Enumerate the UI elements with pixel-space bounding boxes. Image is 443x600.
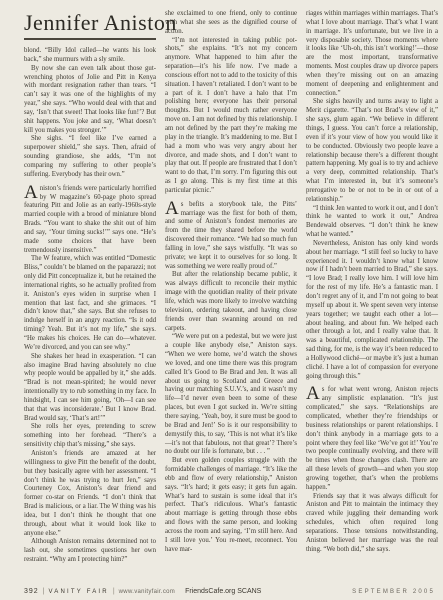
col1-paragraph-1: blond. “Billy Idol called—he wants his l… bbox=[24, 47, 156, 65]
magazine-name: VANITY FAIR bbox=[49, 589, 109, 595]
col1-paragraph-2: By now she can even talk about those gut… bbox=[24, 65, 156, 136]
col2-paragraph-3: As befits a storybook tale, the Pitts’ m… bbox=[165, 201, 297, 272]
col3-paragraph-3: “I think Jen wanted to work it out, and … bbox=[306, 205, 438, 240]
col3-paragraph-1: riages within marriages within marriages… bbox=[306, 10, 438, 98]
column-1: Jennifer Aniston blond. “Billy Idol call… bbox=[24, 10, 156, 565]
col2-paragraph-5: “We were put on a pedestal, but we were … bbox=[165, 333, 297, 457]
page-footer: 392 | VANITY FAIR | www.vanityfair.com F… bbox=[24, 588, 435, 595]
article-header: Jennifer Aniston bbox=[24, 10, 156, 40]
col3-paragraph-6: Friends say that it was always difficult… bbox=[306, 493, 438, 555]
magazine-page: Jennifer Aniston blond. “Billy Idol call… bbox=[0, 0, 443, 600]
col1-paragraph-9: Although Aniston remains determined not … bbox=[24, 538, 156, 565]
scan-credit: FriendsCafe.org SCANS bbox=[185, 588, 261, 595]
page-number: 392 bbox=[24, 588, 39, 595]
footer-divider: | bbox=[43, 588, 45, 595]
col1-paragraph-6: She shakes her head in exasperation. “I … bbox=[24, 353, 156, 424]
column-3: riages within marriages within marriages… bbox=[306, 10, 438, 565]
magazine-website: www.vanityfair.com bbox=[119, 589, 175, 595]
footer-left: 392 | VANITY FAIR | www.vanityfair.com F… bbox=[24, 588, 261, 595]
col2-paragraph-1: she exclaimed to one friend, only to con… bbox=[165, 10, 297, 37]
col2-paragraph-4: But after the relationship became public… bbox=[165, 271, 297, 333]
col2-paragraph-2: “I’m not interested in taking public pot… bbox=[165, 37, 297, 196]
col1-paragraph-5: The W feature, which was entitled “Domes… bbox=[24, 255, 156, 352]
col3-paragraph-5: As for what went wrong, Aniston rejects … bbox=[306, 386, 438, 492]
col1-paragraph-8: Aniston’s friends are amazed at her will… bbox=[24, 450, 156, 538]
footer-divider: | bbox=[113, 588, 115, 595]
title-rule bbox=[24, 38, 156, 40]
article-title: Jennifer Aniston bbox=[24, 10, 156, 35]
column-2: she exclaimed to one friend, only to con… bbox=[165, 10, 297, 565]
issue-date: SEPTEMBER 2005 bbox=[352, 589, 435, 595]
col1-paragraph-7: She rolls her eyes, pretending to screw … bbox=[24, 423, 156, 450]
article-columns: Jennifer Aniston blond. “Billy Idol call… bbox=[24, 10, 437, 565]
col1-paragraph-4: Aniston’s friends were particularly horr… bbox=[24, 185, 156, 256]
col1-paragraph-3: She sighs. “I feel like I’ve earned a su… bbox=[24, 135, 156, 179]
col3-paragraph-4: Nevertheless, Aniston has only kind word… bbox=[306, 240, 438, 382]
col3-paragraph-2: She sighs heavily and turns away to ligh… bbox=[306, 98, 438, 204]
col2-paragraph-6: But even golden couples struggle with th… bbox=[165, 457, 297, 554]
